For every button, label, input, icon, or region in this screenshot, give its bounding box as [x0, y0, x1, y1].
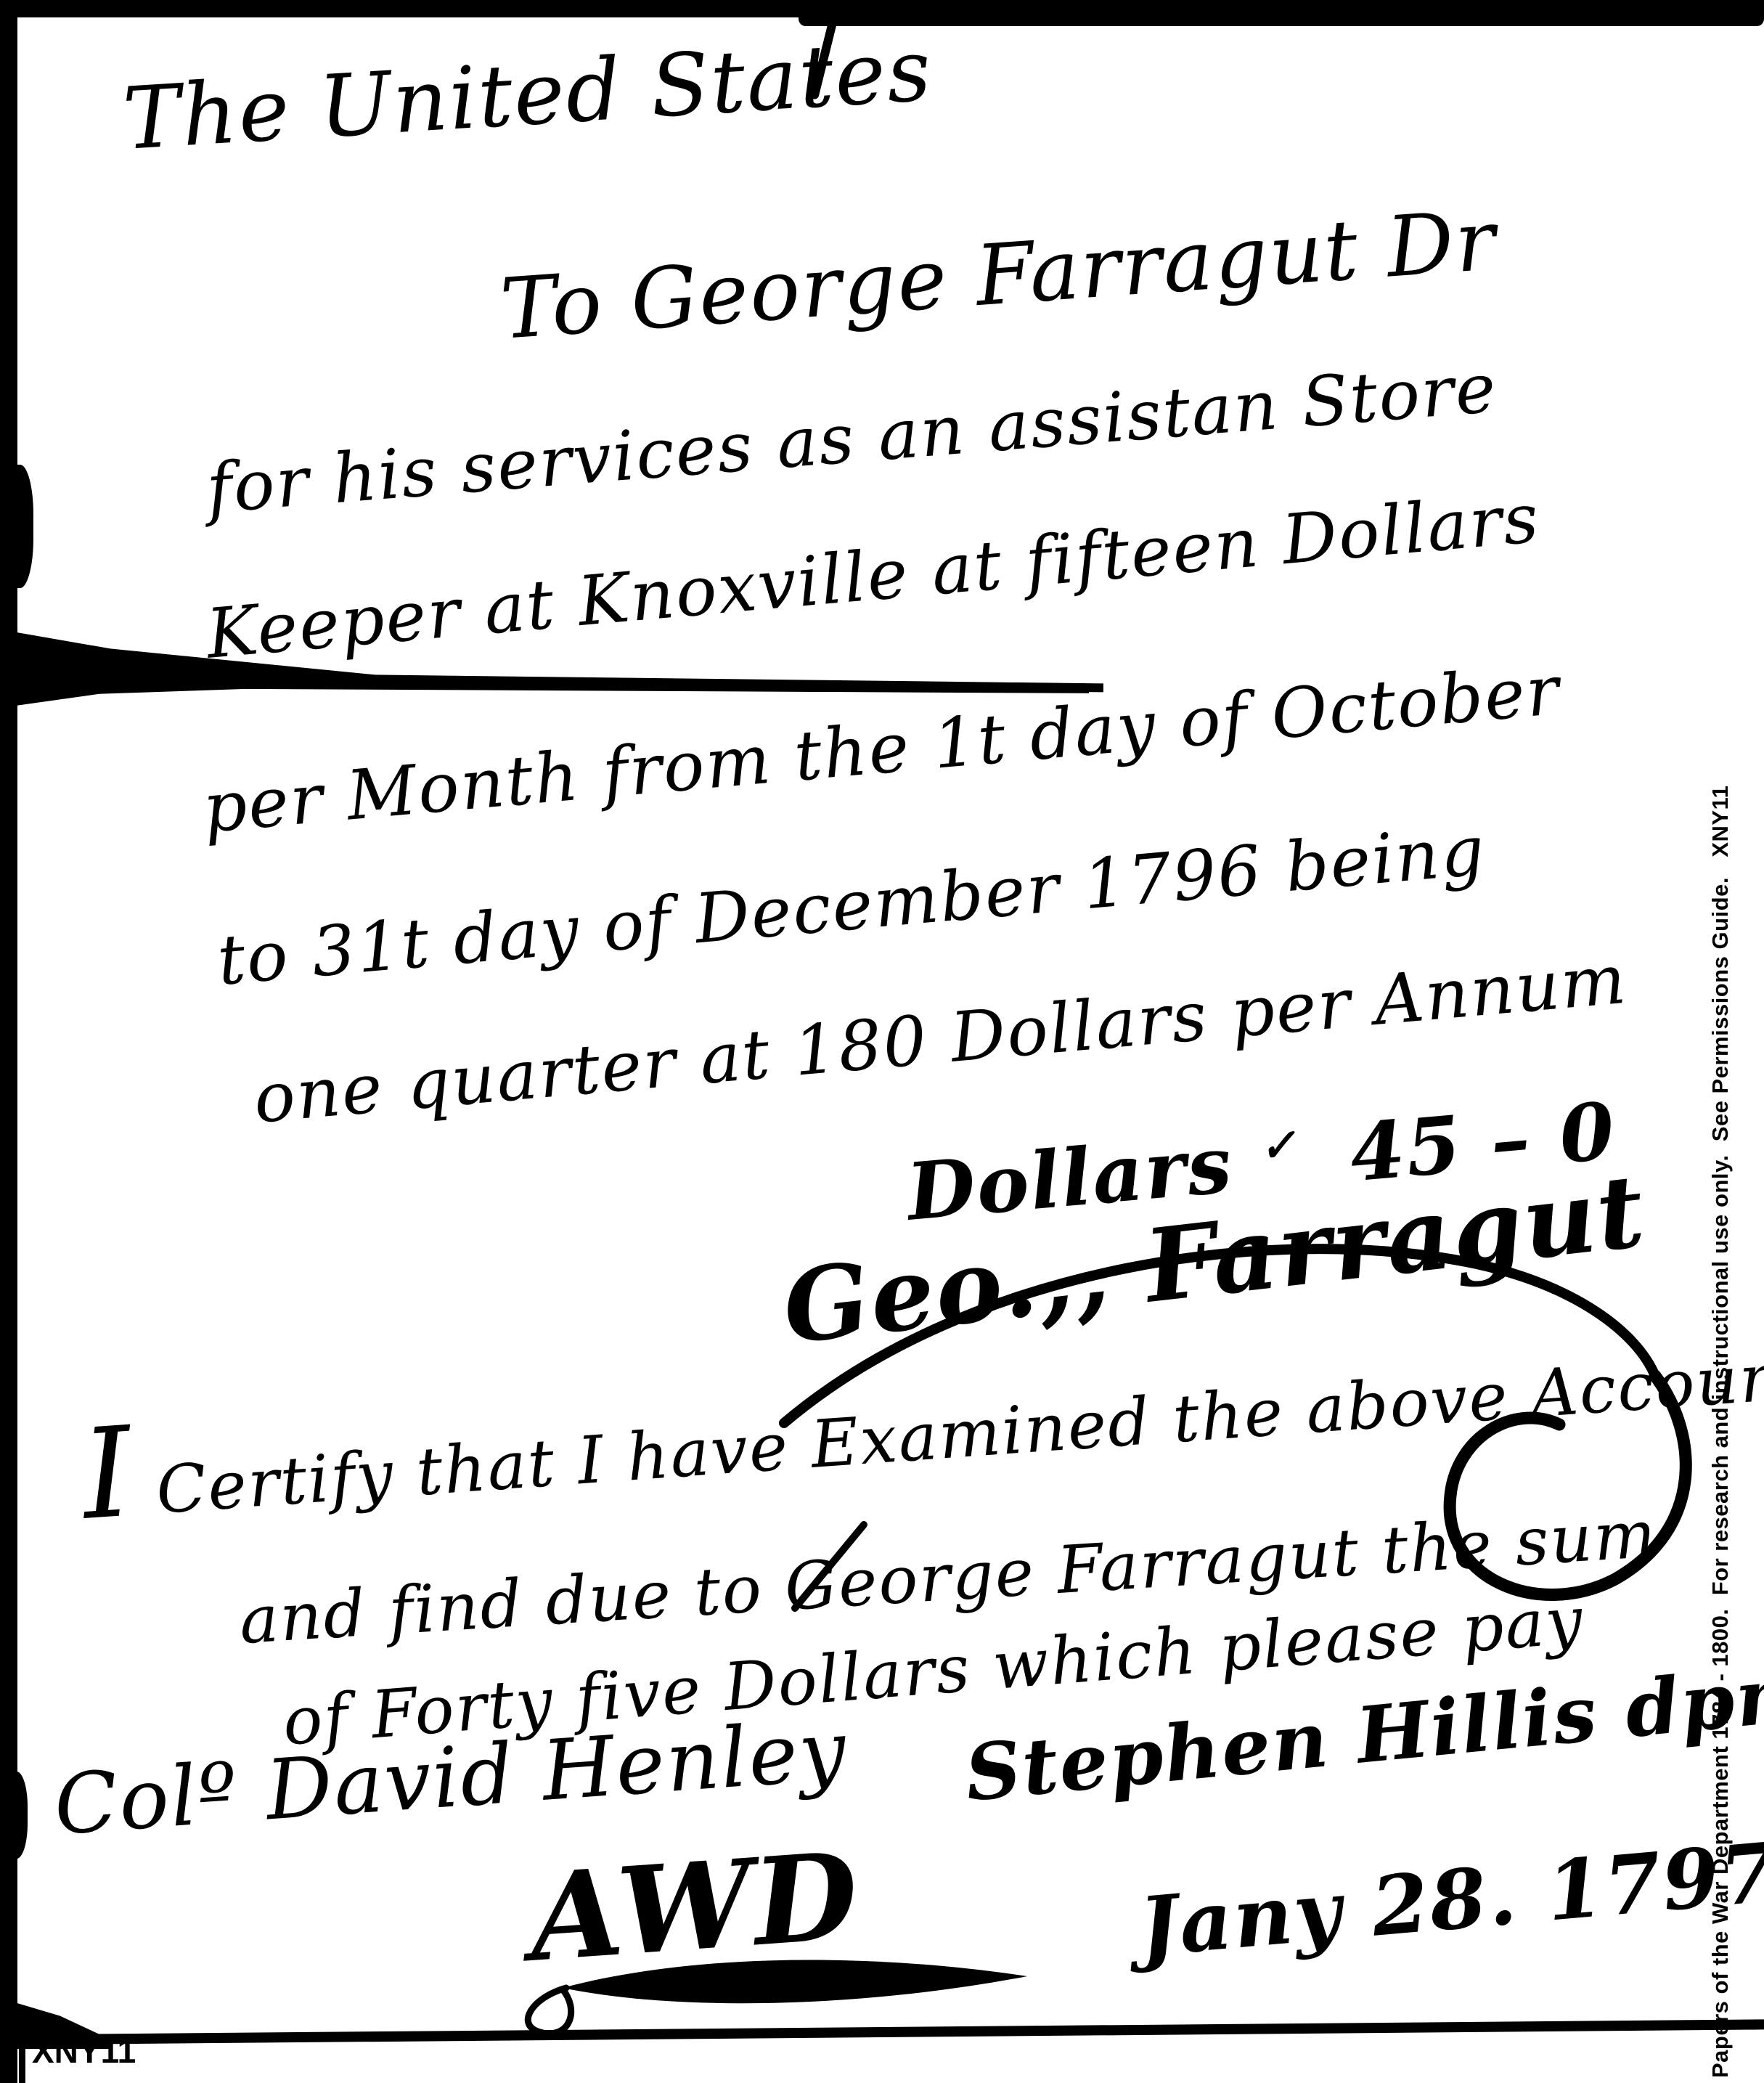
- monogram-swash: [501, 1946, 1053, 2055]
- scan-edge-blob: [0, 1772, 28, 1859]
- bracket-mark: [19, 2023, 25, 2083]
- catalog-label: XNY11: [32, 2031, 136, 2071]
- manuscript-addressee: To George Farragut Dr: [497, 192, 1500, 359]
- scan-edge-blob: [0, 465, 33, 588]
- scan-edge-left: [0, 0, 17, 2083]
- bracket-mark: [19, 2023, 73, 2029]
- manuscript-title: The United States: [121, 20, 935, 169]
- document-page: The United States To George Farragut Dr …: [0, 0, 1764, 2083]
- check-mark-icon: ✓: [1257, 1119, 1298, 1173]
- date-line: Jany 28. 1797: [1135, 1825, 1764, 1975]
- archive-credit-line: Papers of the War Department 1784 - 1800…: [1707, 916, 1758, 2078]
- scan-edge-top-thick: [799, 13, 1764, 26]
